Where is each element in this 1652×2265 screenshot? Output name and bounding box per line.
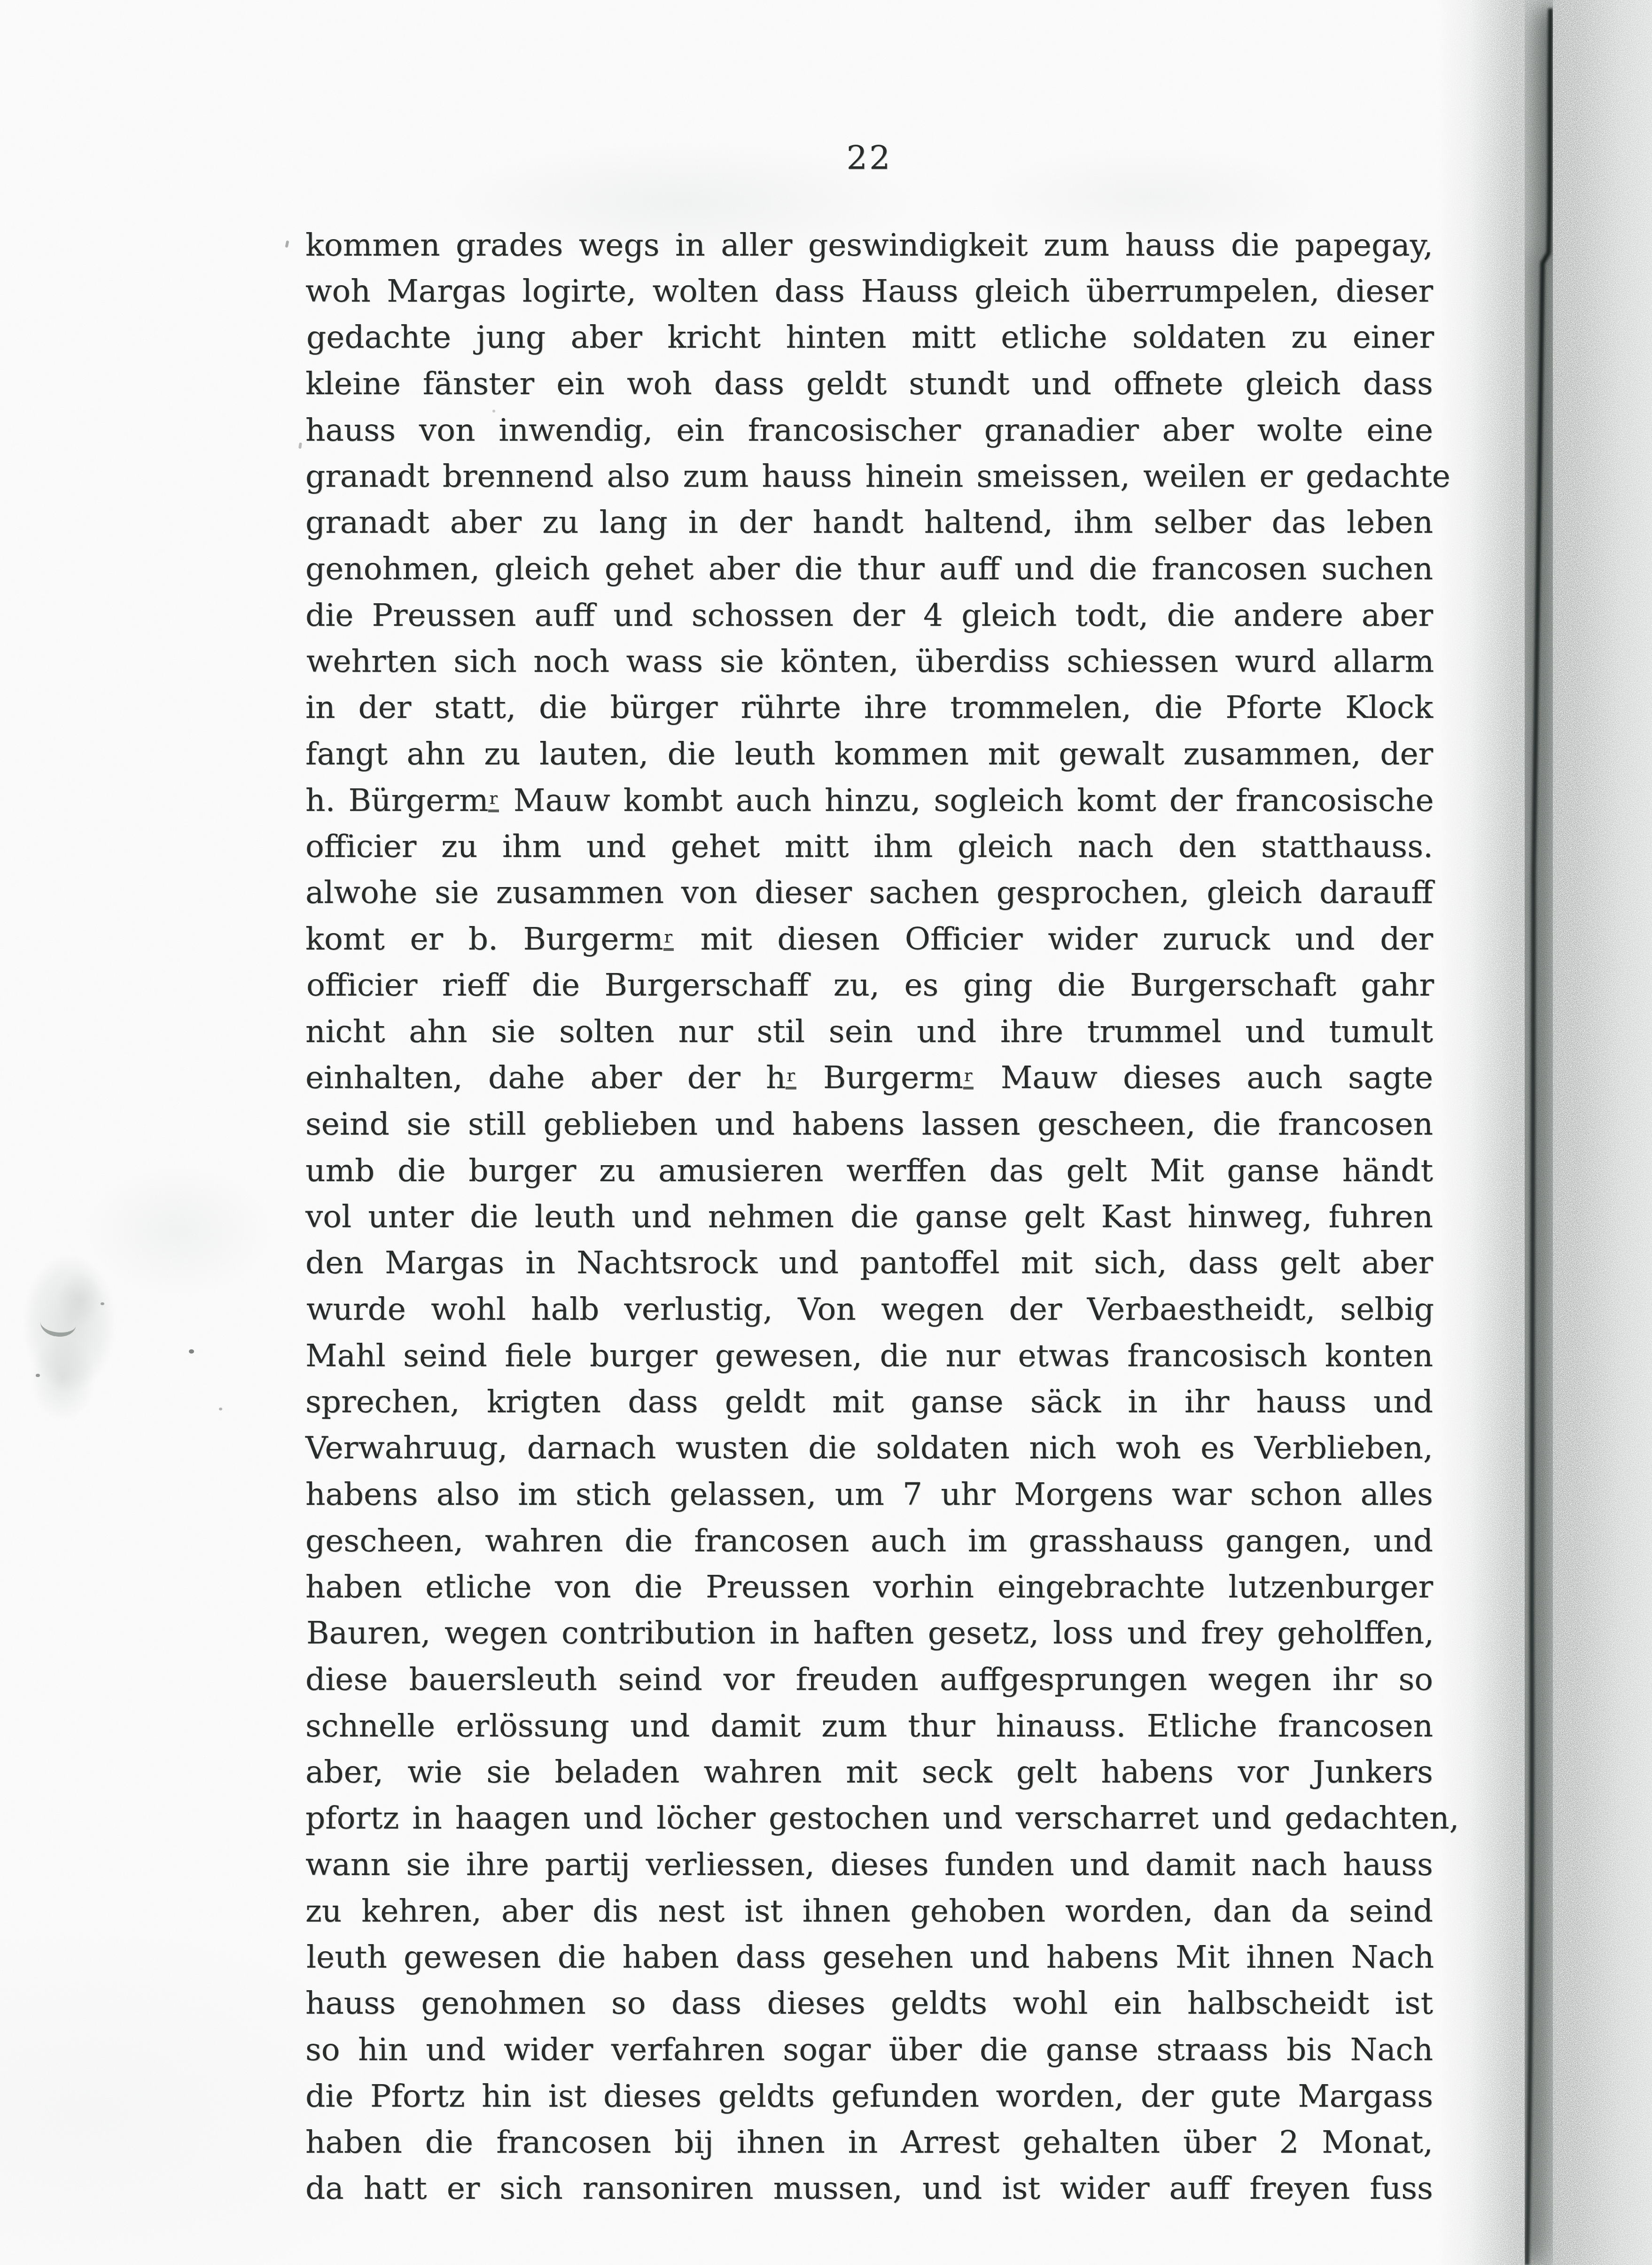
binding-shadow: [1438, 0, 1652, 2265]
paper-grain: [0, 0, 1652, 2265]
scanned-page: 22 kommen grades wegs in aller geswindig…: [0, 0, 1652, 2265]
scan-artifacts: [0, 0, 1652, 2265]
